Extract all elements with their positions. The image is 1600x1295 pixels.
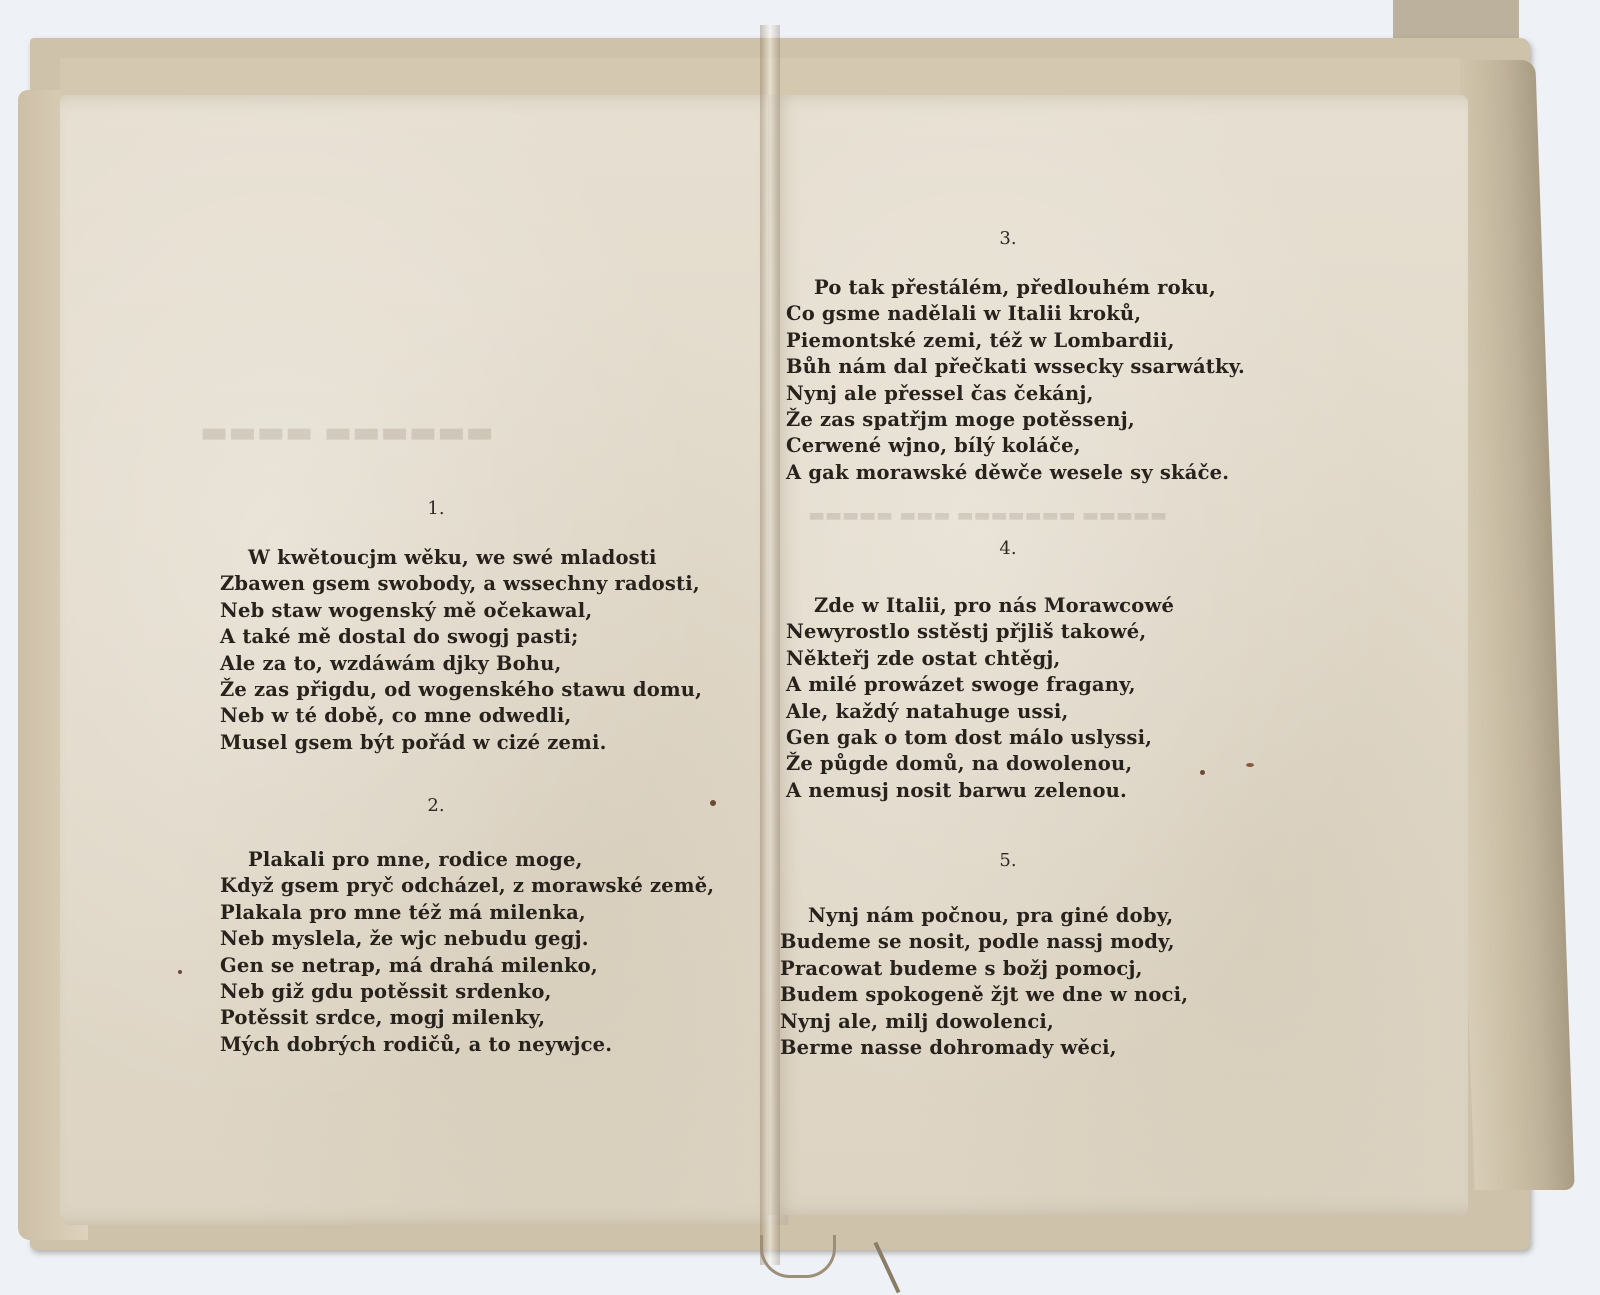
verse-line: Že půgde domů, na dowolenou, <box>786 751 1174 777</box>
ink-stain <box>1246 763 1254 767</box>
stanza-number: 5. <box>988 850 1028 871</box>
verse-line: Mých dobrých rodičů, a to neywjce. <box>220 1032 714 1058</box>
verse-line: A nemusj nosit barwu zelenou. <box>786 778 1174 804</box>
verse-line: Neb giž gdu potěssit srdenko, <box>220 979 714 1005</box>
verse-line: Zde w Italii, pro nás Morawcowé <box>786 593 1174 619</box>
stanza-3: Po tak přestálém, předlouhém roku, Co gs… <box>786 275 1245 486</box>
book-spine-gutter <box>760 25 780 1265</box>
verse-line: A milé prowázet swoge fragany, <box>786 672 1174 698</box>
verse-line: Newyrostlo sstěstj přjliš takowé, <box>786 619 1174 645</box>
verse-line: Neb myslela, že wjc nebudu gegj. <box>220 926 714 952</box>
verse-line: Někteřj zde ostat chtěgj, <box>786 646 1174 672</box>
verse-line: A také mě dostal do swogj pasti; <box>220 624 702 650</box>
verse-line: Nynj ale, milj dowolenci, <box>780 1009 1188 1035</box>
verse-line: Neb staw wogenský mě očekawal, <box>220 598 702 624</box>
verse-line: Musel gsem být pořád w cizé zemi. <box>220 730 702 756</box>
verse-line: Když gsem pryč odcházel, z morawské země… <box>220 873 714 899</box>
verse-line: Zbawen gsem swobody, a wssechny radosti, <box>220 571 702 597</box>
verse-line: Že zas spatřjm moge potěssenj, <box>786 407 1245 433</box>
verse-line: Neb w té době, co mne odwedli, <box>220 703 702 729</box>
stanza-4: Zde w Italii, pro nás Morawcowé Newyrost… <box>786 593 1174 804</box>
right-page: ▬▬▬▬▬ ▬▬▬ ▬▬▬▬▬▬▬ ▬▬▬▬▬ 3. Po tak přestá… <box>768 95 1468 1215</box>
verse-line: Nynj nám počnou, pra giné doby, <box>780 903 1188 929</box>
binding-thread <box>760 1235 836 1278</box>
verse-line: Nynj ale přessel čas čekánj, <box>786 381 1245 407</box>
bleed-through-text: ▬▬▬▬▬ ▬▬▬ ▬▬▬▬▬▬▬ ▬▬▬▬▬ <box>808 505 1167 526</box>
verse-line: Potěssit srdce, mogj milenky, <box>220 1005 714 1031</box>
verse-line: Pracowat budeme s božj pomocj, <box>780 956 1188 982</box>
verse-line: Piemontské zemi, též w Lombardii, <box>786 328 1245 354</box>
verse-line: Že zas přigdu, od wogenského stawu domu, <box>220 677 702 703</box>
verse-line: W kwětoucjm wěku, we swé mladosti <box>220 545 702 571</box>
verse-line: Budeme se nosit, podle nassj mody, <box>780 929 1188 955</box>
verse-line: A gak morawské děwče wesele sy skáče. <box>786 460 1245 486</box>
verse-line: Gen gak o tom dost málo uslyssi, <box>786 725 1174 751</box>
ink-stain <box>710 800 716 806</box>
ink-stain <box>1200 770 1205 775</box>
verse-line: Plakali pro mne, rodice moge, <box>220 847 714 873</box>
stanza-number: 2. <box>416 795 456 816</box>
bleed-through-text: ▬▬▬▬ ▬▬▬▬▬▬ <box>200 415 494 450</box>
stanza-number: 3. <box>988 228 1028 249</box>
verse-line: Ale za to, wzdáwám djky Bohu, <box>220 651 702 677</box>
left-page: ▬▬▬▬ ▬▬▬▬▬▬ 1. W kwětoucjm wěku, we swé … <box>60 95 788 1225</box>
verse-line: Co gsme nadělali w Italii kroků, <box>786 301 1245 327</box>
stanza-5: Nynj nám počnou, pra giné doby, Budeme s… <box>780 903 1188 1061</box>
stanza-1: W kwětoucjm wěku, we swé mladosti Zbawen… <box>220 545 702 756</box>
verse-line: Gen se netrap, má drahá milenko, <box>220 953 714 979</box>
stanza-number: 1. <box>416 498 456 519</box>
verse-line: Berme nasse dohromady wěci, <box>780 1035 1188 1061</box>
verse-line: Budem spokogeně žjt we dne w noci, <box>780 982 1188 1008</box>
stanza-2: Plakali pro mne, rodice moge, Když gsem … <box>220 847 714 1058</box>
verse-line: Po tak přestálém, předlouhém roku, <box>786 275 1245 301</box>
verse-line: Bůh nám dal přečkati wssecky ssarwátky. <box>786 354 1245 380</box>
verse-line: Plakala pro mne též má milenka, <box>220 900 714 926</box>
verse-line: Ale, každý natahuge ussi, <box>786 699 1174 725</box>
stanza-number: 4. <box>988 538 1028 559</box>
ink-stain <box>178 970 182 974</box>
verse-line: Cerwené wjno, bílý koláče, <box>786 433 1245 459</box>
